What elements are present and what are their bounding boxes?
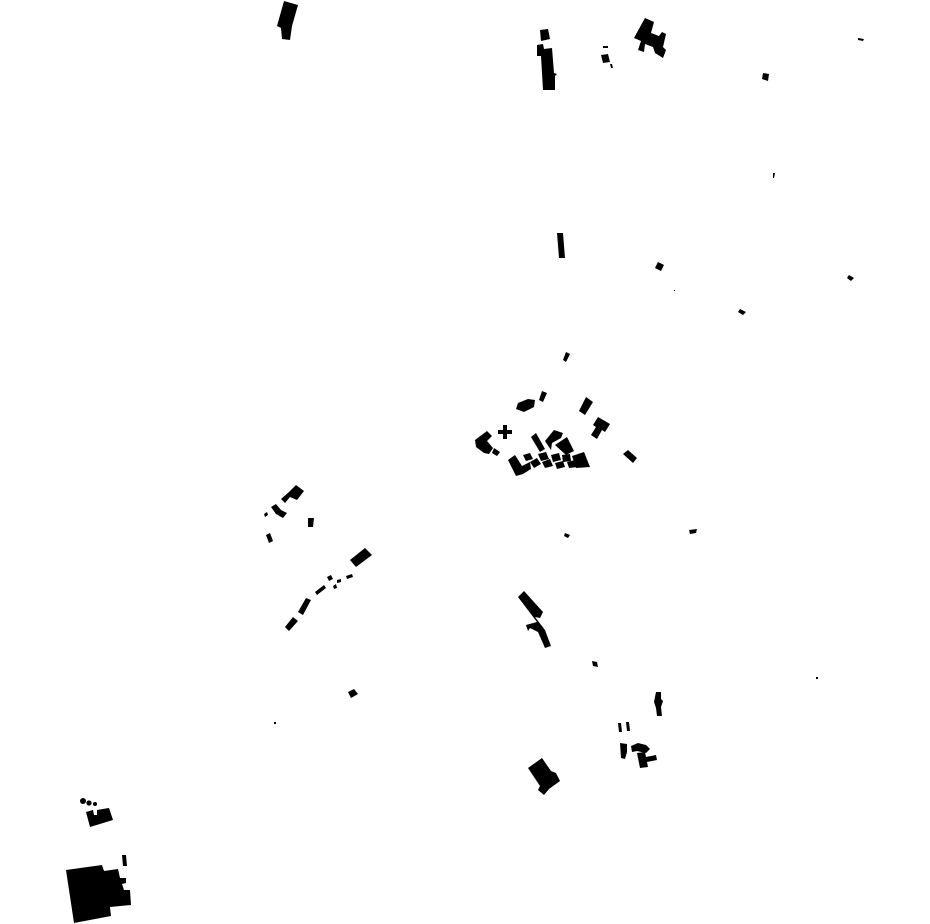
building (674, 290, 675, 291)
building (631, 743, 650, 753)
building (626, 722, 630, 731)
building (333, 584, 337, 589)
building (528, 758, 560, 795)
building (816, 677, 818, 679)
building (847, 275, 854, 281)
building (350, 548, 372, 567)
building (86, 800, 91, 805)
building (475, 431, 493, 454)
building (654, 692, 663, 716)
building (266, 533, 273, 543)
building (337, 579, 341, 583)
building (591, 417, 610, 439)
building (537, 44, 557, 90)
building (315, 585, 326, 595)
building (93, 802, 97, 806)
figure-ground-map (0, 0, 930, 924)
building (610, 64, 613, 68)
building (539, 391, 547, 402)
building (523, 453, 533, 461)
building (689, 529, 697, 534)
building (620, 743, 627, 759)
building (592, 661, 598, 667)
building (298, 598, 311, 615)
building (530, 458, 541, 468)
building (518, 591, 551, 648)
building (498, 425, 512, 439)
building (738, 309, 746, 315)
building (555, 461, 565, 469)
building (285, 617, 298, 631)
building (308, 518, 314, 527)
building (564, 533, 570, 538)
building (492, 448, 500, 456)
building (271, 504, 287, 518)
building-footprints-layer (0, 0, 930, 924)
building (542, 459, 553, 468)
building (540, 29, 550, 41)
building (773, 173, 775, 178)
building (551, 453, 561, 462)
building (348, 689, 358, 698)
building (858, 38, 864, 41)
building (563, 352, 570, 362)
building (603, 46, 608, 48)
building (637, 752, 657, 768)
building (346, 574, 353, 579)
building (634, 18, 666, 58)
building (122, 855, 127, 866)
building (623, 450, 637, 463)
building (655, 262, 664, 271)
building (274, 722, 276, 724)
building (618, 723, 622, 732)
building (516, 399, 535, 412)
building (557, 233, 565, 258)
building (86, 808, 113, 827)
building (562, 454, 571, 462)
building (281, 485, 304, 503)
building (579, 397, 593, 415)
building (762, 73, 769, 81)
building (538, 452, 549, 461)
building (601, 54, 610, 63)
building (277, 1, 298, 40)
building (264, 512, 268, 517)
building (66, 865, 131, 923)
building (80, 798, 86, 804)
building (531, 433, 545, 452)
building (327, 575, 333, 581)
